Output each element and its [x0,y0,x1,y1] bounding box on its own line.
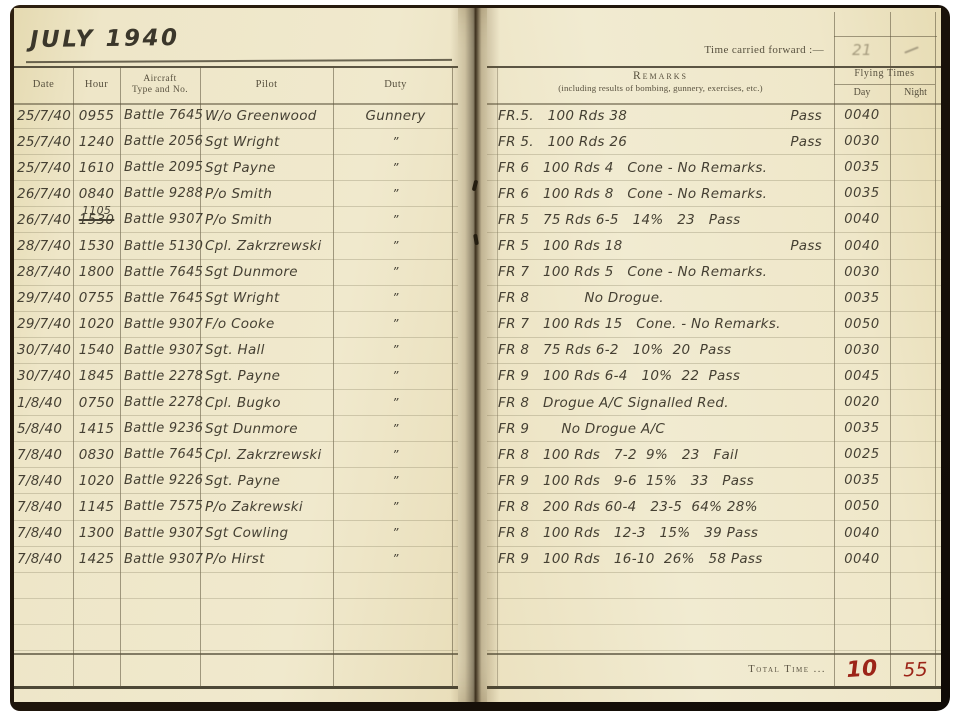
aircraft-cell: Battle 2095 [120,160,200,175]
remark-cell: FR 5 100 Rds 18Pass [487,238,834,254]
remark-row: FR 8 No Drogue.0035 [487,286,941,312]
remark-text: FR 9 100 Rds 6-4 10% 22 Pass [498,368,740,384]
aircraft-cell: Battle 2278 [120,395,200,410]
log-entry-row: 29/7/400755Battle 7645Sgt Wright” [14,286,458,312]
remark-cell: FR 5. 100 Rds 26Pass [487,134,834,150]
carried-forward-day-value: 21 [834,41,890,59]
total-time-row: Total Time ... 10 55 [487,654,941,685]
day-time-cell: 0035 [834,186,890,201]
duty-cell: ” [333,474,458,488]
date-cell: 26/7/40 [14,212,73,228]
remark-cell: FR 6 100 Rds 8 Cone - No Remarks. [487,186,834,202]
day-time-cell: 0030 [834,265,890,280]
pilot-cell: Sgt Wright [200,290,333,306]
remark-row: FR 8 200 Rds 60-4 23-5 64% 28%0050 [487,494,941,520]
log-entry-row: 25/7/401240Battle 2056Sgt Wright” [14,129,458,155]
remark-text: FR 8 100 Rds 12-3 15% 39 Pass [498,525,758,541]
day-time-cell: 0035 [834,160,890,175]
remark-text: FR 5 75 Rds 6-5 14% 23 Pass [498,212,740,228]
remarks-subtitle: (including results of bombing, gunnery, … [487,83,834,93]
remark-cell: FR 5 75 Rds 6-5 14% 23 Pass [487,212,834,228]
logbook-photo: JULY 1940 Date Hour Aircraft Type and No… [10,5,950,711]
remark-row: FR 5 75 Rds 6-5 14% 23 Pass0040 [487,207,941,233]
aircraft-cell: Battle 9307 [120,343,200,358]
pilot-cell: Sgt. Payne [200,368,333,384]
date-cell: 28/7/40 [14,238,73,254]
pilot-cell: Cpl. Zakrzrewski [200,238,333,254]
date-cell: 29/7/40 [14,290,73,306]
hour-cell: 1240 [73,134,120,150]
date-cell: 7/8/40 [14,551,73,567]
duty-cell: ” [333,396,458,410]
hour-cell: 1800 [73,264,120,280]
pilot-cell: F/o Cooke [200,316,333,332]
log-entry-row: 5/8/401415Battle 9236Sgt Dunmore” [14,416,458,442]
hour-cell: 0955 [73,108,120,124]
remark-row: FR 9 No Drogue A/C0035 [487,416,941,442]
day-time-cell: 0050 [834,317,890,332]
log-entry-row: 1/8/400750Battle 2278Cpl. Bugko” [14,390,458,416]
remark-row: FR 8 100 Rds 12-3 15% 39 Pass0040 [487,521,941,547]
remark-text: FR 8 No Drogue. [498,290,664,306]
remark-row: FR 6 100 Rds 4 Cone - No Remarks.0035 [487,155,941,181]
pilot-cell: Cpl. Zakrzrewski [200,447,333,463]
log-entry-row: 7/8/400830Battle 7645Cpl. Zakrzrewski” [14,442,458,468]
remark-text: FR 9 100 Rds 9-6 15% 33 Pass [498,473,754,489]
pilot-cell: Sgt. Hall [200,342,333,358]
aircraft-cell: Battle 2056 [120,134,200,149]
day-time-cell: 0030 [834,134,890,149]
remark-text: FR 8 200 Rds 60-4 23-5 64% 28% [498,499,758,515]
hour-cell: 1020 [73,473,120,489]
day-time-cell: 0035 [834,473,890,488]
column-header-aircraft: Aircraft Type and No. [120,74,200,96]
remarks-title: Remarks [487,70,834,82]
log-entry-row: 25/7/401610Battle 2095Sgt Payne” [14,155,458,181]
result-text: Pass [790,108,822,124]
remark-row: FR 5 100 Rds 18Pass0040 [487,233,941,259]
right-page: Time carried forward :— 21 Remarks (incl… [487,8,941,702]
log-entry-row: 28/7/401800Battle 7645Sgt Dunmore” [14,260,458,286]
aircraft-cell: Battle 9307 [120,552,200,567]
duty-cell: ” [333,500,458,514]
page-title: JULY 1940 [30,25,180,53]
date-cell: 7/8/40 [14,499,73,515]
remark-cell: FR 8 100 Rds 7-2 9% 23 Fail [487,447,834,463]
pilot-cell: Sgt Payne [200,160,333,176]
day-time-cell: 0040 [834,239,890,254]
remark-cell: FR 7 100 Rds 5 Cone - No Remarks. [487,264,834,280]
log-entry-row: 30/7/401540Battle 9307Sgt. Hall” [14,338,458,364]
log-entry-row: 26/7/400840Battle 9288P/o Smith” [14,181,458,207]
day-time-cell: 0035 [834,291,890,306]
left-page: JULY 1940 Date Hour Aircraft Type and No… [14,8,458,702]
day-time-cell: 0050 [834,499,890,514]
flying-times-underline [834,84,935,85]
remark-cell: FR 8 100 Rds 12-3 15% 39 Pass [487,525,834,541]
column-header-date: Date [14,79,73,90]
total-day-value: 10 [833,655,891,684]
hour-cell: 0840 [73,186,120,202]
duty-cell: Gunnery [333,108,458,124]
duty-cell: ” [333,422,458,436]
date-cell: 5/8/40 [14,421,73,437]
remark-row: FR.5. 100 Rds 38Pass0040 [487,103,941,129]
date-cell: 25/7/40 [14,108,73,124]
date-cell: 7/8/40 [14,525,73,541]
hour-cell: 1530 [73,238,120,254]
duty-cell: ” [333,239,458,253]
hour-cell: 0755 [73,290,120,306]
aircraft-cell: Battle 7645 [120,265,200,280]
remark-cell: FR 8 Drogue A/C Signalled Red. [487,395,834,411]
total-night-value: 55 [890,658,941,682]
remark-cell: FR 9 100 Rds 9-6 15% 33 Pass [487,473,834,489]
remark-text: FR 8 Drogue A/C Signalled Red. [498,395,729,411]
aircraft-cell: Battle 9288 [120,186,200,201]
date-cell: 7/8/40 [14,447,73,463]
remark-text: FR 8 75 Rds 6-2 10% 20 Pass [498,342,731,358]
pilot-cell: Cpl. Bugko [200,395,333,411]
hour-cell: 1540 [73,342,120,358]
remark-row: FR 6 100 Rds 8 Cone - No Remarks.0035 [487,181,941,207]
duty-cell: ” [333,369,458,383]
aircraft-cell: Battle 7575 [120,499,200,514]
aircraft-cell: Battle 9307 [120,526,200,541]
remark-row: FR 9 100 Rds 6-4 10% 22 Pass0045 [487,364,941,390]
log-entry-row: 28/7/401530Battle 5130Cpl. Zakrzrewski” [14,233,458,259]
carried-forward-row: Time carried forward :— 21 [487,36,941,64]
book-binding-crease [450,8,500,702]
day-time-cell: 0040 [834,526,890,541]
day-night-headers: Day Night [834,87,941,98]
day-time-cell: 0040 [834,212,890,227]
log-entry-row: 25/7/400955Battle 7645W/o GreenwoodGunne… [14,103,458,129]
pilot-cell: Sgt. Payne [200,473,333,489]
duty-cell: ” [333,213,458,227]
remark-cell: FR.5. 100 Rds 38Pass [487,108,834,124]
log-entry-row: 26/7/4011051530Battle 9307P/o Smith” [14,207,458,233]
date-cell: 29/7/40 [14,316,73,332]
duty-cell: ” [333,187,458,201]
log-entry-row: 7/8/401300Battle 9307Sgt Cowling” [14,521,458,547]
aircraft-cell: Battle 7645 [120,108,200,123]
date-cell: 25/7/40 [14,134,73,150]
hour-cell: 1020 [73,316,120,332]
day-time-cell: 0040 [834,552,890,567]
remark-text: FR 6 100 Rds 8 Cone - No Remarks. [498,186,767,202]
aircraft-cell: Battle 9307 [120,212,200,227]
duty-cell: ” [333,265,458,279]
remark-text: FR 9 100 Rds 16-10 26% 58 Pass [498,551,763,567]
remark-text: FR 5. 100 Rds 26 [498,134,627,150]
day-column-header: Day [834,87,890,98]
day-time-cell: 0030 [834,343,890,358]
remark-text: FR 5 100 Rds 18 [498,238,623,254]
aircraft-cell: Battle 7645 [120,447,200,462]
remark-row: FR 8 75 Rds 6-2 10% 20 Pass0030 [487,338,941,364]
log-entry-row: 30/7/401845Battle 2278Sgt. Payne” [14,364,458,390]
date-cell: 1/8/40 [14,395,73,411]
flying-times-label: Flying Times [834,68,935,79]
result-text: Pass [790,134,822,150]
log-entry-row: 7/8/401145Battle 7575P/o Zakrewski” [14,494,458,520]
pilot-cell: P/o Smith [200,212,333,228]
day-time-cell: 0040 [834,108,890,123]
entries-left: 25/7/400955Battle 7645W/o GreenwoodGunne… [14,103,458,573]
remark-text: FR 8 100 Rds 7-2 9% 23 Fail [498,447,738,463]
duty-cell: ” [333,135,458,149]
date-cell: 28/7/40 [14,264,73,280]
aircraft-cell: Battle 9307 [120,317,200,332]
duty-cell: ” [333,526,458,540]
remark-cell: FR 6 100 Rds 4 Cone - No Remarks. [487,160,834,176]
hour-cell: 1300 [73,525,120,541]
remark-text: FR 7 100 Rds 5 Cone - No Remarks. [498,264,767,280]
day-time-cell: 0045 [834,369,890,384]
bottom-rule [487,686,941,689]
log-entry-row: 7/8/401425Battle 9307P/o Hirst” [14,547,458,573]
pilot-cell: Sgt Wright [200,134,333,150]
aircraft-cell: Battle 9226 [120,473,200,488]
hour-cell: 0750 [73,395,120,411]
duty-cell: ” [333,291,458,305]
log-entry-row: 7/8/401020Battle 9226Sgt. Payne” [14,468,458,494]
remark-text: FR 6 100 Rds 4 Cone - No Remarks. [498,160,767,176]
carried-forward-night-cell [890,49,941,51]
remark-cell: FR 8 75 Rds 6-2 10% 20 Pass [487,342,834,358]
duty-cell: ” [333,448,458,462]
hour-cell: 11051530 [73,212,120,228]
hour-cell: 0830 [73,447,120,463]
column-header-pilot: Pilot [200,79,333,90]
remark-text: FR.5. 100 Rds 38 [498,108,627,124]
remark-cell: FR 7 100 Rds 15 Cone. - No Remarks. [487,316,834,332]
remark-row: FR 9 100 Rds 9-6 15% 33 Pass0035 [487,468,941,494]
aircraft-cell: Battle 9236 [120,421,200,436]
day-time-cell: 0025 [834,447,890,462]
duty-cell: ” [333,161,458,175]
remarks-header: Remarks (including results of bombing, g… [487,70,834,93]
remark-row: FR 7 100 Rds 5 Cone - No Remarks.0030 [487,260,941,286]
pilot-cell: P/o Smith [200,186,333,202]
pilot-cell: Sgt Dunmore [200,421,333,437]
remark-text: FR 7 100 Rds 15 Cone. - No Remarks. [498,316,781,332]
duty-cell: ” [333,343,458,357]
remark-row: FR 8 Drogue A/C Signalled Red.0020 [487,390,941,416]
pencil-mark [904,46,919,53]
entries-right: FR.5. 100 Rds 38Pass0040FR 5. 100 Rds 26… [487,103,941,573]
night-column-header: Night [890,87,941,98]
aircraft-cell: Battle 5130 [120,239,200,254]
title-underline [26,59,452,63]
remark-cell: FR 8 200 Rds 60-4 23-5 64% 28% [487,499,834,515]
bottom-rule [14,686,458,689]
blank-rows-right [487,573,941,651]
date-cell: 30/7/40 [14,368,73,384]
result-text: Pass [790,238,822,254]
pilot-cell: W/o Greenwood [200,108,333,124]
hour-cell: 1845 [73,368,120,384]
remark-row: FR 5. 100 Rds 26Pass0030 [487,129,941,155]
date-cell: 7/8/40 [14,473,73,489]
remark-row: FR 9 100 Rds 16-10 26% 58 Pass0040 [487,547,941,573]
remark-cell: FR 9 100 Rds 16-10 26% 58 Pass [487,551,834,567]
log-entry-row: 29/7/401020Battle 9307F/o Cooke” [14,312,458,338]
pilot-cell: Sgt Cowling [200,525,333,541]
hour-cell: 1425 [73,551,120,567]
day-time-cell: 0020 [834,395,890,410]
aircraft-cell: Battle 2278 [120,369,200,384]
remark-cell: FR 8 No Drogue. [487,290,834,306]
hour-cell: 1415 [73,421,120,437]
duty-cell: ” [333,317,458,331]
date-cell: 26/7/40 [14,186,73,202]
aircraft-cell: Battle 7645 [120,291,200,306]
duty-cell: ” [333,552,458,566]
hour-cell: 1145 [73,499,120,515]
table-header-left: Date Hour Aircraft Type and No. Pilot Du… [14,66,458,103]
hour-correction: 1105 [82,204,111,217]
total-time-label: Total Time ... [487,664,834,675]
pilot-cell: P/o Zakrewski [200,499,333,515]
remark-text: FR 9 No Drogue A/C [498,421,665,437]
date-cell: 25/7/40 [14,160,73,176]
date-cell: 30/7/40 [14,342,73,358]
remark-cell: FR 9 100 Rds 6-4 10% 22 Pass [487,368,834,384]
remark-row: FR 7 100 Rds 15 Cone. - No Remarks.0050 [487,312,941,338]
remark-cell: FR 9 No Drogue A/C [487,421,834,437]
hour-cell: 1610 [73,160,120,176]
carried-forward-label: Time carried forward :— [487,44,834,56]
column-header-duty: Duty [333,79,458,90]
totals-top-rule [14,653,458,655]
blank-rows-left [14,573,458,651]
remark-row: FR 8 100 Rds 7-2 9% 23 Fail0025 [487,442,941,468]
pilot-cell: Sgt Dunmore [200,264,333,280]
column-header-hour: Hour [73,79,120,90]
logbook-spread: JULY 1940 Date Hour Aircraft Type and No… [14,8,941,702]
pilot-cell: P/o Hirst [200,551,333,567]
day-time-cell: 0035 [834,421,890,436]
